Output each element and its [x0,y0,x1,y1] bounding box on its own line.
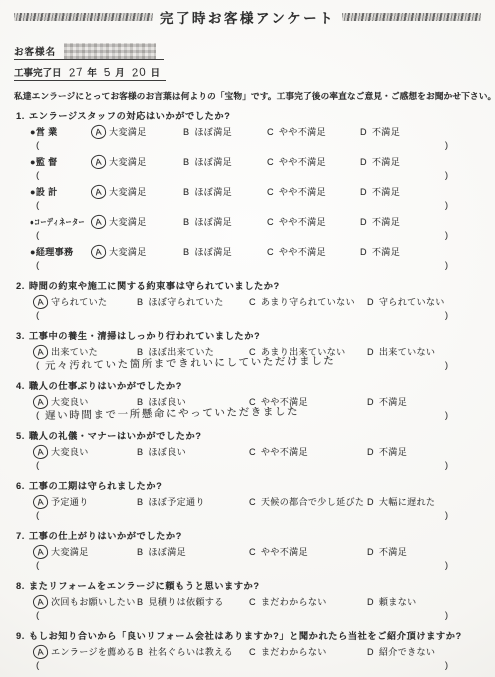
option-A: A次回もお願いしたい [36,596,137,608]
option-letter: D [360,186,367,198]
option-D: D出来ていない [367,346,435,358]
question-heading: 9.もしお知り合いから「良いリフォーム会社はありますか?」と聞かれたら当社をご紹… [16,630,481,642]
option-label: ほぼ満足 [148,546,186,558]
option-letter: D [367,346,374,358]
option-A: A大変満足 [94,216,183,228]
question-heading: 2.時間の約束や施工に関する約束事は守られていましたか? [16,280,481,292]
option-D: D不満足 [367,446,407,458]
option-C: Cやや不満足 [267,156,360,168]
option-letter: C [249,496,256,508]
option-label: まだわからない [261,646,327,658]
comment-open-paren: ( [36,510,39,522]
option-A: A大変満足 [94,126,183,138]
option-label: 守られていた [51,296,107,308]
option-letter: D [360,156,367,168]
option-D: D不満足 [360,126,400,138]
option-label: 不満足 [372,156,400,168]
option-label: 社名ぐらいは教える [148,646,233,658]
date-month-handwritten: 5 [103,67,111,80]
comment-line: () [36,610,448,622]
option-letter: C [267,246,274,258]
comment-line: () [36,510,448,522]
completion-date-row: 工事完了日 27 年 5 月 20 日 [14,65,166,81]
comment-open-paren: ( [36,140,39,152]
comment-close-paren: ) [445,510,448,522]
option-letter: B [183,186,189,198]
option-label: あまり守られていない [261,296,355,308]
selected-option-circle: A [32,344,49,360]
question-number: 2. [16,281,25,291]
option-D: D不満足 [360,246,400,258]
option-A: A予定通り [36,496,137,508]
comment-close-paren: ) [445,230,448,242]
option-row: ●営 業A大変満足Bほぼ満足Cやや不満足D不満足 [30,126,481,138]
selected-option-circle: A [32,544,49,560]
option-letter: B [137,646,143,658]
option-label: やや不満足 [279,126,326,138]
option-letter: B [137,546,143,558]
staff-role-label: ●設 計 [30,186,94,198]
option-letter: D [367,446,374,458]
option-letter: C [249,296,256,308]
option-B: Bほぼ満足 [183,246,267,258]
comment-open-paren: ( [36,310,39,322]
question-heading: 5.職人の礼儀・マナーはいかがでしたか? [16,430,481,442]
customer-name-label: お客様名 [14,44,56,58]
question-text: 工事の工期は守られましたか? [29,481,162,491]
comment-line: () [36,660,448,672]
option-letter: D [367,596,374,608]
completion-date-label: 工事完了日 [14,65,62,79]
option-letter: B [137,396,143,408]
question-number: 9. [16,631,25,641]
option-label: やや不満足 [279,216,326,228]
option-A: A大変満足 [94,156,183,168]
option-label: ほぼ守られていた [148,296,223,308]
option-label: やや不満足 [279,246,326,258]
question-heading: 4.職人の仕事ぶりはいかがでしたか? [16,380,481,392]
date-month-unit: 月 [115,65,125,79]
option-B: Bほぼ守られていた [137,296,249,308]
question-number: 8. [16,581,25,591]
option-A: A大変良い [36,446,137,458]
option-label: ほぼ良い [148,446,186,458]
option-B: Bほぼ満足 [137,546,249,558]
comment-close-paren: ) [445,460,448,472]
option-row: Aエンラージを薦めるB社名ぐらいは教えるCまだわからないD紹介できない [36,646,481,658]
option-A: A大変満足 [94,246,183,258]
comment-open-paren: ( [36,610,39,622]
question-text: エンラージスタッフの対応はいかがでしたか? [29,111,231,121]
option-A: A守られていた [36,296,137,308]
title-row: 完了時お客様アンケート [14,7,481,27]
date-year-handwritten: 27 [68,66,84,79]
option-C: Cやや不満足 [249,446,367,458]
option-letter: C [267,216,274,228]
option-row: A大変満足Bほぼ満足Cやや不満足D不満足 [36,546,481,558]
option-letter: B [183,216,189,228]
option-A: A大変満足 [36,546,137,558]
comment-close-paren: ) [445,310,448,322]
option-D: D紹介できない [367,646,435,658]
option-C: Cやや不満足 [267,216,360,228]
option-letter: B [137,496,143,508]
comment-open-paren: ( [36,360,39,372]
option-label: 大変満足 [109,156,147,168]
staff-role-label: ●コーディネーター [30,216,94,228]
title-decoration-right [342,13,481,21]
option-letter: D [360,126,367,138]
question-heading: 3.工事中の養生・清掃はしっかり行われていましたか? [16,330,481,342]
question-text: 工事の仕上がりはいかがでしたか? [29,531,182,541]
comment-close-paren: ) [445,660,448,672]
option-B: B社名ぐらいは教える [137,646,249,658]
comment-close-paren: ) [445,410,448,422]
option-row: A予定通りBほぼ予定通りC天候の都合で少し延びたD大幅に遅れた [36,496,481,508]
option-label: ほぼ良い [148,396,186,408]
option-label: 大変満足 [109,216,147,228]
staff-role-text: ●経理事務 [30,247,73,257]
question-text: 時間の約束や施工に関する約束事は守られていましたか? [29,281,280,291]
question-number: 1. [16,111,25,121]
option-label: ほぼ満足 [194,186,232,198]
comment-close-paren: ) [445,200,448,212]
option-letter: B [137,446,143,458]
option-C: Cやや不満足 [249,546,367,558]
staff-role-label: ●営 業 [30,126,94,138]
question-number: 5. [16,431,25,441]
option-letter: B [137,596,143,608]
comment-line: () [36,230,448,242]
option-C: Cやや不満足 [267,186,360,198]
option-label: 不満足 [379,446,407,458]
option-row: ●監 督A大変満足Bほぼ満足Cやや不満足D不満足 [30,156,481,168]
question-heading: 1.エンラージスタッフの対応はいかがでしたか? [16,110,481,122]
comment-close-paren: ) [445,170,448,182]
option-row: A大変良いBほぼ良いCやや不満足D不満足 [36,446,481,458]
selected-option-circle: A [32,594,49,610]
comment-open-paren: ( [36,260,39,272]
option-label: 不満足 [379,546,407,558]
option-label: ほぼ満足 [194,216,232,228]
option-label: 大幅に遅れた [379,496,435,508]
comment-open-paren: ( [36,200,39,212]
option-label: 出来ていた [51,346,98,358]
option-B: B見積りは依頼する [137,596,249,608]
option-D: D守られていない [367,296,445,308]
handwritten-comment: 遅い時間まで一所懸命にやっていただきました [45,406,299,422]
option-label: 次回もお願いしたい [51,596,136,608]
option-B: Bほぼ満足 [183,126,267,138]
option-label: 大変満足 [109,246,147,258]
option-C: Cあまり守られていない [249,296,367,308]
selected-option-circle: A [32,444,49,460]
option-letter: C [249,596,256,608]
option-label: ほぼ満足 [194,156,232,168]
selected-option-circle: A [32,494,49,510]
option-B: Bほぼ満足 [183,186,267,198]
option-letter: C [249,646,256,658]
option-label: やや不満足 [261,446,308,458]
comment-open-paren: ( [36,170,39,182]
question-text: 職人の礼儀・マナーはいかがでしたか? [29,431,202,441]
scanned-survey-page: 完了時お客様アンケート お客様名 工事完了日 27 年 5 月 20 日 私達エ… [0,0,495,672]
selected-option-circle: A [32,294,49,310]
option-letter: D [360,216,367,228]
option-letter: C [249,446,256,458]
comment-line: (元々汚れていた箇所まできれいにしていただけました) [36,360,448,372]
option-label: 大変満足 [109,186,147,198]
option-letter: C [267,156,274,168]
staff-role-label: ●経理事務 [30,246,94,258]
comment-open-paren: ( [36,410,39,422]
comment-line: (遅い時間まで一所懸命にやっていただきました) [36,410,448,422]
option-letter: D [360,246,367,258]
option-label: 守られていない [379,296,445,308]
option-D: D不満足 [360,156,400,168]
staff-role-text: ●設 計 [30,187,58,197]
option-row: ●設 計A大変満足Bほぼ満足Cやや不満足D不満足 [30,186,481,198]
option-label: まだわからない [261,596,327,608]
questions-list: 1.エンラージスタッフの対応はいかがでしたか?●営 業A大変満足Bほぼ満足Cやや… [14,110,481,672]
option-label: 大変満足 [51,546,89,558]
date-day-handwritten: 20 [131,66,147,79]
option-row: A次回もお願いしたいB見積りは依頼するCまだわからないD頼まない [36,596,481,608]
staff-role-text: ●監 督 [30,157,58,167]
option-label: 天候の都合で少し延びた [261,496,364,508]
comment-open-paren: ( [36,460,39,472]
option-B: Bほぼ予定通り [137,496,249,508]
question-number: 3. [16,331,25,341]
option-A: A大変良い [36,396,137,408]
option-label: 紹介できない [379,646,435,658]
option-D: D不満足 [367,546,407,558]
customer-name-redacted-blur [64,43,156,59]
option-D: D不満足 [360,186,400,198]
option-label: 予定通り [51,496,89,508]
option-label: ほぼ予定通り [148,496,204,508]
option-D: D不満足 [367,396,407,408]
option-label: ほぼ満足 [194,246,232,258]
option-row: A守られていたBほぼ守られていたCあまり守られていないD守られていない [36,296,481,308]
option-label: やや不満足 [279,186,326,198]
option-row: ●経理事務A大変満足Bほぼ満足Cやや不満足D不満足 [30,246,481,258]
comment-line: () [36,260,448,272]
option-letter: B [183,156,189,168]
option-C: Cまだわからない [249,646,367,658]
option-D: D大幅に遅れた [367,496,435,508]
staff-role-text: ●コーディネーター [30,216,85,228]
option-A: A出来ていた [36,346,137,358]
option-letter: D [367,296,374,308]
option-label: 不満足 [372,246,400,258]
option-label: 大変良い [51,396,89,408]
comment-close-paren: ) [445,260,448,272]
option-letter: B [183,246,189,258]
comment-open-paren: ( [36,230,39,242]
date-year-unit: 年 [87,65,97,79]
customer-name-row: お客様名 [14,41,164,60]
page-title: 完了時お客様アンケート [160,7,335,27]
option-label: 不満足 [379,396,407,408]
option-letter: C [267,126,274,138]
question-text: またリフォームをエンラージに頼もうと思いますか? [29,581,260,591]
option-label: やや不満足 [279,156,326,168]
question-heading: 6.工事の工期は守られましたか? [16,480,481,492]
question-text: 工事中の養生・清掃はしっかり行われていましたか? [29,331,260,341]
question-number: 7. [16,531,25,541]
option-C: C天候の都合で少し延びた [249,496,367,508]
comment-close-paren: ) [445,610,448,622]
option-letter: B [137,296,143,308]
option-letter: B [183,126,189,138]
comment-close-paren: ) [445,560,448,572]
question-number: 4. [16,381,25,391]
option-label: ほぼ出来ていた [148,346,214,358]
comment-close-paren: ) [445,140,448,152]
title-decoration-left [14,13,153,21]
option-D: D不満足 [360,216,400,228]
question-heading: 7.工事の仕上がりはいかがでしたか? [16,530,481,542]
option-A: A大変満足 [94,186,183,198]
comment-line: () [36,170,448,182]
option-row: ●コーディネーターA大変満足Bほぼ満足Cやや不満足D不満足 [30,216,481,228]
question-number: 6. [16,481,25,491]
comment-line: () [36,460,448,472]
option-A: Aエンラージを薦める [36,646,137,658]
option-label: エンラージを薦める [51,646,135,658]
option-label: 大変良い [51,446,89,458]
option-label: 不満足 [372,216,400,228]
option-letter: D [367,546,374,558]
option-label: 大変満足 [109,126,147,138]
staff-role-text: ●営 業 [30,127,58,137]
option-label: 不満足 [372,126,400,138]
question-heading: 8.またリフォームをエンラージに頼もうと思いますか? [16,580,481,592]
question-text: 職人の仕事ぶりはいかがでしたか? [29,381,182,391]
selected-option-circle: A [32,394,49,410]
staff-role-label: ●監 督 [30,156,94,168]
option-letter: D [367,646,374,658]
comment-line: () [36,200,448,212]
date-day-unit: 日 [151,65,161,79]
intro-text: 私達エンラージにとってお客様のお言葉は何よりの「宝物」です。工事完了後の率直なご… [14,90,481,102]
option-label: ほぼ満足 [194,126,232,138]
comment-line: () [36,310,448,322]
selected-option-circle: A [32,644,49,660]
comment-open-paren: ( [36,560,39,572]
option-label: 頼まない [379,596,417,608]
option-letter: B [137,346,143,358]
option-letter: D [367,496,374,508]
option-C: Cまだわからない [249,596,367,608]
option-B: Bほぼ良い [137,446,249,458]
option-C: Cやや不満足 [267,246,360,258]
comment-line: () [36,560,448,572]
option-B: Bほぼ満足 [183,216,267,228]
option-label: 出来ていない [379,346,435,358]
option-letter: D [367,396,374,408]
option-letter: C [249,546,256,558]
comment-close-paren: ) [445,360,448,372]
comment-line: () [36,140,448,152]
option-label: 見積りは依頼する [148,596,223,608]
option-label: やや不満足 [261,546,308,558]
option-C: Cやや不満足 [267,126,360,138]
question-text: もしお知り合いから「良いリフォーム会社はありますか?」と聞かれたら当社をご紹介頂… [29,631,462,641]
option-D: D頼まない [367,596,417,608]
option-B: Bほぼ満足 [183,156,267,168]
option-letter: C [267,186,274,198]
option-label: 不満足 [372,186,400,198]
comment-open-paren: ( [36,660,39,672]
